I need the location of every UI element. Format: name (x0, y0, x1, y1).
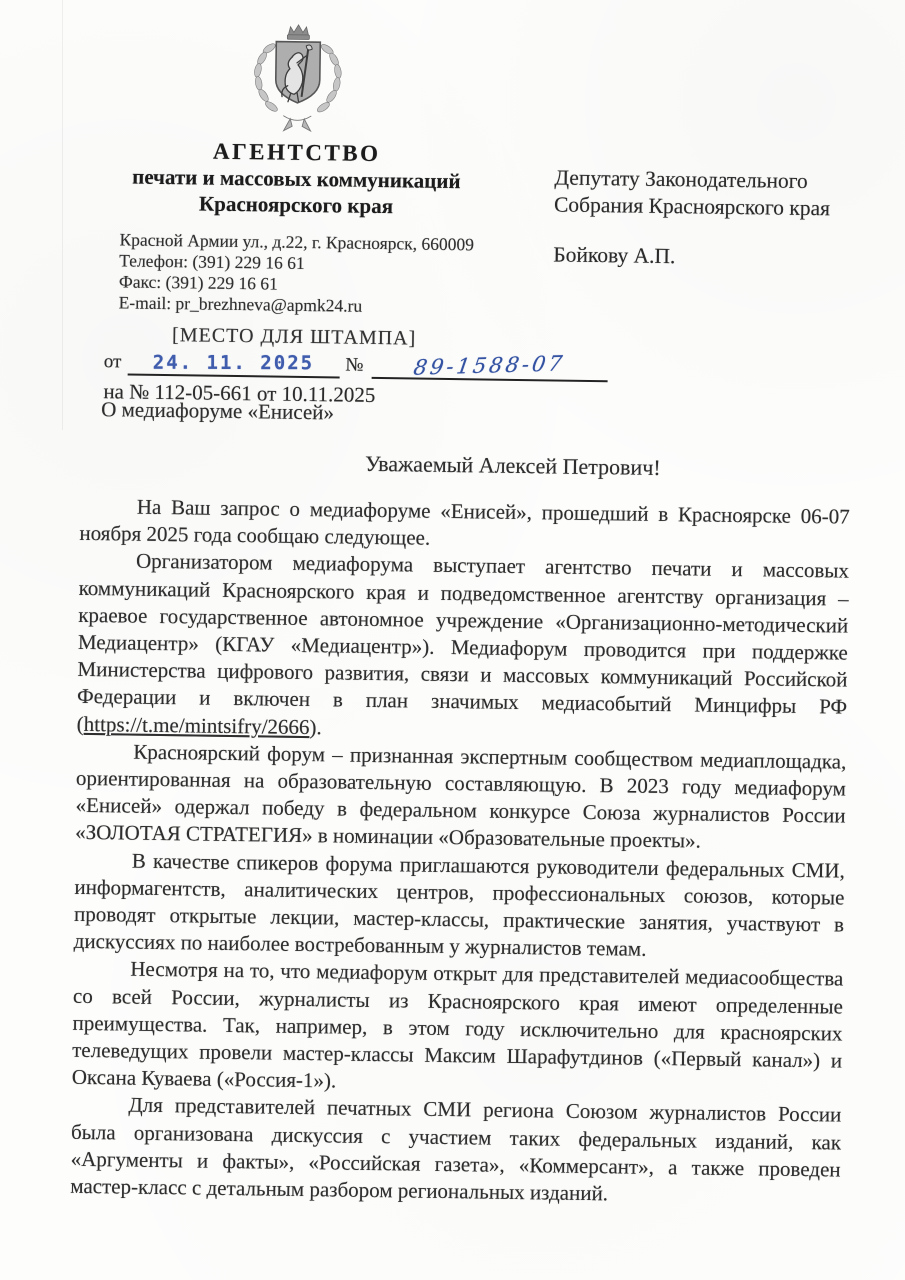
paragraph: Для представителей печатных СМИ региона … (70, 1091, 841, 1211)
recipient-line2: Собрания Красноярского края (554, 191, 884, 223)
date-stamp-imprint: 24. 11. 2025 (153, 352, 314, 375)
paragraph-text: Организатором медиафорума выступает аген… (77, 549, 850, 736)
paragraph: Организатором медиафорума выступает аген… (77, 547, 850, 748)
paragraph-text: ). (309, 715, 322, 739)
telegram-link-text: https://t.me/mintsifry/2666 (84, 712, 310, 739)
date-label: от (104, 351, 122, 373)
letter-body: На Ваш запрос о медиафоруме «Енисей», пр… (70, 493, 850, 1211)
recipient-block: Депутату Законодательного Собрания Красн… (553, 164, 884, 273)
salutation: Уважаемый Алексей Петрович! (80, 447, 850, 484)
paragraph: Красноярский форум – признанная экспертн… (75, 738, 846, 858)
recipient-name: Бойкову А.П. (553, 241, 883, 273)
scanned-letter-page: АГЕНТСТВО печати и массовых коммуникаций… (0, 0, 905, 1280)
paragraph: В качестве спикеров форума приглашаются … (74, 846, 845, 966)
paragraph: Несмотря на то, что медиафорум открыт дл… (72, 955, 844, 1102)
email-line: E-mail: pr_brezhneva@apmk24.ru (119, 292, 495, 318)
outgoing-number-handwritten: 89-1588-07 (412, 351, 567, 379)
number-underline: 89-1588-07 (371, 352, 607, 382)
org-name-line3: Красноярского края (96, 190, 496, 221)
org-name-line1: АГЕНТСТВО (97, 137, 497, 169)
date-underline: 24. 11. 2025 (127, 351, 339, 379)
number-label: № (345, 355, 363, 377)
stamp-block: [МЕСТО ДЛЯ ШТАМПА] от24. 11. 2025№89-158… (93, 323, 494, 410)
contact-block: Красной Армии ул., д.22, г. Красноярск, … (95, 229, 496, 319)
letterhead: АГЕНТСТВО печати и массовых коммуникаций… (93, 21, 498, 410)
coat-of-arms-emblem-icon (238, 23, 358, 137)
subject-line: О медиафоруме «Енисей» (101, 397, 334, 425)
stamp-placeholder-label: [МЕСТО ДЛЯ ШТАМПА] (94, 323, 494, 352)
